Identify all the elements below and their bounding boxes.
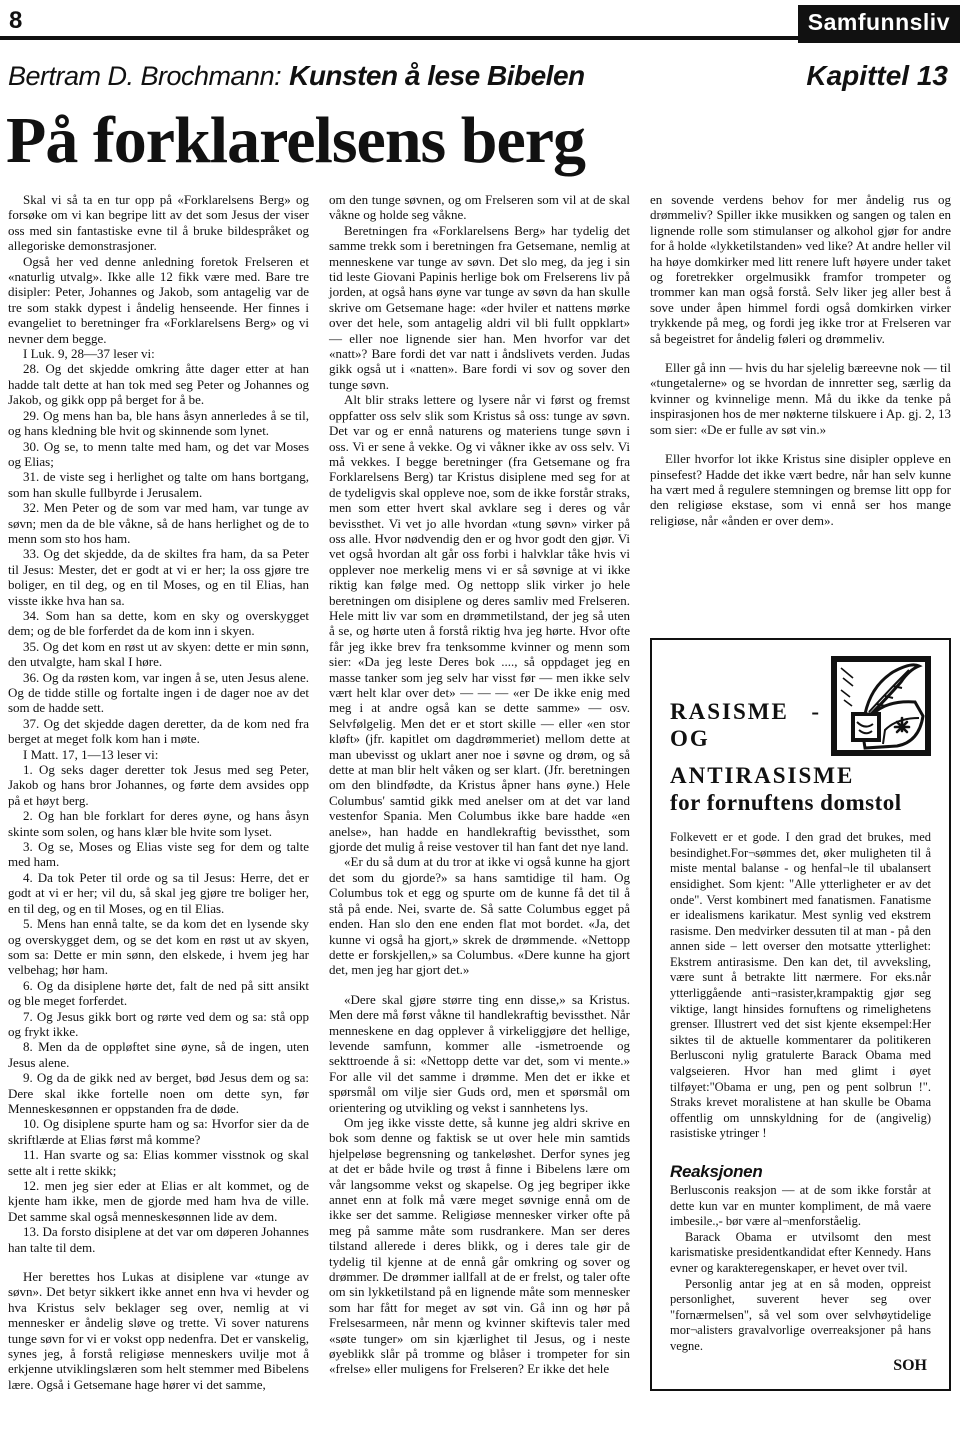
paragraph: Også her ved denne anledning foretok Fre…: [8, 254, 309, 346]
paragraph: 30. Og se, to menn talte med ham, og det…: [8, 439, 309, 470]
paragraph: «Er du så dum at du tror at ikke vi også…: [329, 854, 630, 977]
boxed-article-subtitle: for fornuftens domstol: [670, 789, 931, 816]
paragraph: Personlig antar jeg at en så moden, oppr…: [670, 1277, 931, 1355]
paragraph: I Matt. 17, 1—13 leser vi:: [8, 747, 309, 762]
paragraph: 1. Og seks dager deretter tok Jesus med …: [8, 762, 309, 808]
paragraph: Beretningen fra «Forklarelsens Berg» har…: [329, 223, 630, 392]
paragraph: Barack Obama er utvilsomt den mest karis…: [670, 1230, 931, 1277]
paragraph: 33. Og det skjedde, da de skiltes fra ha…: [8, 546, 309, 608]
paragraph: 6. Og da disiplene hørte det, falt de ne…: [8, 978, 309, 1009]
paragraph: 9. Og da de gikk ned av berget, bød Jesu…: [8, 1070, 309, 1116]
article-body: Skal vi så ta en tur opp på «Forklarelse…: [0, 192, 960, 1392]
paragraph: Berlusconis reaksjon — at de som ikke fo…: [670, 1183, 931, 1230]
paragraph: «Dere skal gjøre større ting enn disse,»…: [329, 992, 630, 1115]
paragraph: 5. Mens han ennå talte, se da kom det en…: [8, 916, 309, 978]
paragraph: Om jeg ikke visste dette, så kunne jeg a…: [329, 1115, 630, 1377]
paragraph: 10. Og disiplene spurte ham og sa: Hvorf…: [8, 1116, 309, 1147]
paragraph: I Luk. 9, 28—37 leser vi:: [8, 346, 309, 361]
paragraph: 4. Da tok Peter til orde og sa til Jesus…: [8, 870, 309, 916]
paragraph: Skal vi så ta en tur opp på «Forklarelse…: [8, 192, 309, 254]
paragraph: Eller hvorfor lot ikke Kristus sine disi…: [650, 451, 951, 528]
column-3-paragraphs: en sovende verdens behov for mer åndelig…: [650, 192, 951, 528]
paragraph: 7. Og Jesus gikk bort og rørte ved dem o…: [8, 1009, 309, 1040]
page-header: 8 Samfunnsliv: [0, 0, 960, 46]
paragraph: 31. de viste seg i herlighet og talte om…: [8, 469, 309, 500]
boxed-article-title-line1: RASISME - OG: [670, 699, 821, 751]
boxed-article: RASISME - OG ANTIRASISME for fornuftens …: [650, 638, 951, 1390]
newspaper-page: 8 Samfunnsliv Bertram D. Brochmann: Kuns…: [0, 0, 960, 1452]
paragraph: om den tunge søvnen, og om Frelseren som…: [329, 192, 630, 223]
paragraph: 13. Da forsto disiplene at det var om dø…: [8, 1224, 309, 1255]
reaction-heading: Reaksjonen: [670, 1162, 931, 1182]
boxed-article-body: Folkevett er et gode. I den grad det bru…: [670, 830, 931, 1142]
article-column-1: Skal vi så ta en tur opp på «Forklarelse…: [8, 192, 309, 1392]
paragraph: 36. Og da røsten kom, var ingen å se, ut…: [8, 670, 309, 716]
article-column-2: om den tunge søvnen, og om Frelseren som…: [329, 192, 630, 1392]
paragraph: 2. Og han ble forklart for deres øyne, o…: [8, 808, 309, 839]
paragraph: 11. Han svarte og sa: Elias kommer visst…: [8, 1147, 309, 1178]
paragraph: Alt blir straks lettere og lysere når vi…: [329, 392, 630, 854]
boxed-article-title-line2: ANTIRASISME: [670, 763, 854, 788]
header-rule: [0, 36, 830, 40]
series-title: Kunsten å lese Bibelen: [289, 60, 585, 92]
article-headline: På forklarelsens berg: [6, 100, 960, 182]
paragraph: Her berettes hos Lukas at disiplene var …: [8, 1269, 309, 1392]
chapter-label: Kapittel 13: [806, 60, 952, 92]
paragraph: Eller gå inn — hvis du har sjelelig bære…: [650, 360, 951, 437]
paragraph: 3. Og se, Moses og Elias viste seg for d…: [8, 839, 309, 870]
paragraph: en sovende verdens behov for mer åndelig…: [650, 192, 951, 346]
reaction-paragraphs: Berlusconis reaksjon — at de som ikke fo…: [670, 1183, 931, 1355]
paragraph: 8. Men da de oppløftet sine øyne, så de …: [8, 1039, 309, 1070]
article-column-3: en sovende verdens behov for mer åndelig…: [650, 192, 951, 1392]
page-number: 8: [9, 7, 22, 35]
quill-inkwell-icon: [831, 656, 931, 756]
paragraph: Folkevett er et gode. I den grad det bru…: [670, 830, 931, 1142]
paragraph: 32. Men Peter og de som var med ham, var…: [8, 500, 309, 546]
paragraph: 28. Og det skjedde omkring åtte dager et…: [8, 361, 309, 407]
paragraph: 12. men jeg sier eder at Elias er alt ko…: [8, 1178, 309, 1224]
paragraph: 37. Og det skjedde dagen deretter, da de…: [8, 716, 309, 747]
author-name: Bertram D. Brochmann:: [8, 61, 281, 92]
kicker-row: Bertram D. Brochmann: Kunsten å lese Bib…: [0, 60, 960, 92]
paragraph: 35. Og det kom en røst ut av skyen: dett…: [8, 639, 309, 670]
signature: SOH: [670, 1357, 931, 1375]
masthead-logo: Samfunnsliv: [798, 5, 960, 43]
paragraph: 34. Som han sa dette, kom en sky og over…: [8, 608, 309, 639]
paragraph: 29. Og mens han ba, ble hans åsyn annerl…: [8, 408, 309, 439]
